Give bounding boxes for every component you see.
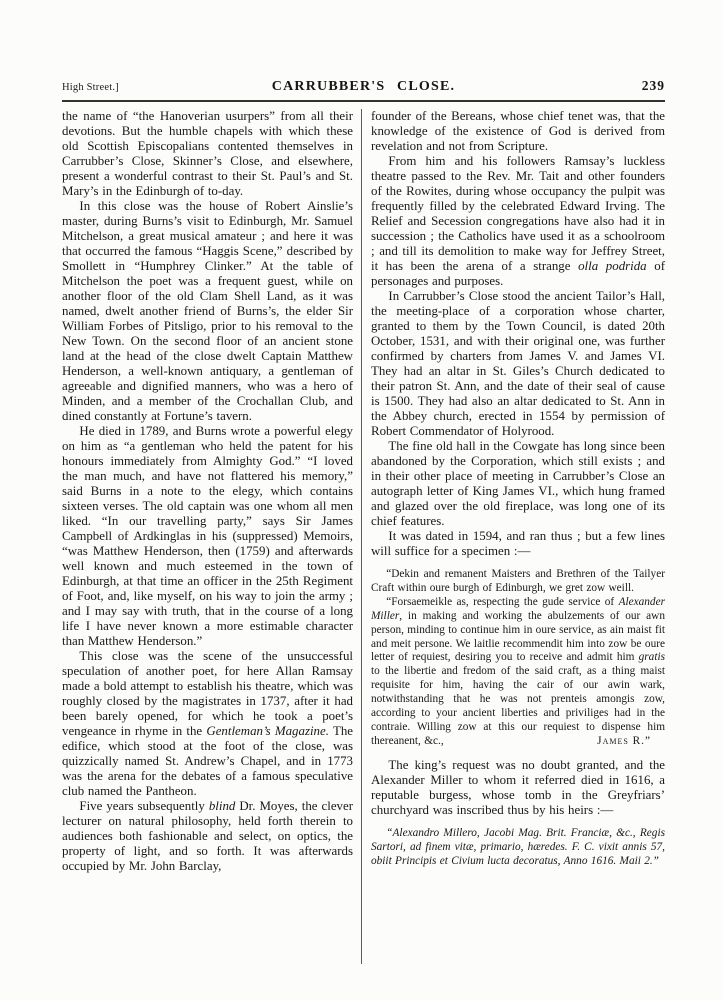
body-text: , in making and working the abulzements …	[371, 610, 665, 664]
page-number: 239	[455, 78, 665, 94]
paragraph: The king’s request was no doubt granted,…	[371, 758, 665, 818]
body-text: founder of the Bereans, whose chief tene…	[371, 109, 665, 153]
paragraph: The fine old hall in the Cowgate has lon…	[371, 439, 665, 529]
paragraph: This close was the scene of the unsucces…	[62, 649, 353, 799]
paragraph: “Dekin and remanent Maisters and Brethre…	[371, 568, 665, 596]
page-title: CARRUBBER'S CLOSE.	[272, 79, 455, 95]
body-text: the name of “the Hanoverian usurpers” fr…	[62, 109, 353, 198]
body-text: “Forsaemeikle as, respecting the gude se…	[386, 596, 618, 608]
paragraph: He died in 1789, and Burns wrote a power…	[62, 424, 353, 649]
running-head: High Street.]	[62, 82, 272, 93]
paragraph: It was dated in 1594, and ran thus ; but…	[371, 529, 665, 559]
body-text: It was dated in 1594, and ran thus ; but…	[371, 529, 665, 558]
page-header: High Street.] CARRUBBER'S CLOSE. 239	[62, 78, 665, 95]
paragraph: the name of “the Hanoverian usurpers” fr…	[62, 109, 353, 199]
body-text: The king’s request was no doubt granted,…	[371, 758, 665, 817]
paragraph: From him and his followers Ramsay’s luck…	[371, 154, 665, 289]
paragraph: founder of the Bereans, whose chief tene…	[371, 109, 665, 154]
body-text: In Carrubber’s Close stood the ancient T…	[371, 289, 665, 438]
left-column: the name of “the Hanoverian usurpers” fr…	[62, 109, 353, 964]
body-text: Five years subsequently	[79, 799, 208, 813]
body-text: The fine old hall in the Cowgate has lon…	[371, 439, 665, 528]
paragraph: “Alexandro Millero, Jacobi Mag. Brit. Fr…	[371, 827, 665, 869]
book-page: High Street.] CARRUBBER'S CLOSE. 239 the…	[0, 0, 722, 1000]
paragraph: “Forsaemeikle as, respecting the gude se…	[371, 596, 665, 749]
body-text: In this close was the house of Robert Ai…	[62, 199, 353, 423]
column-divider	[361, 109, 362, 964]
paragraph: In Carrubber’s Close stood the ancient T…	[371, 289, 665, 439]
body-text: “Alexandro Millero, Jacobi Mag. Brit. Fr…	[371, 827, 665, 867]
paragraph: In this close was the house of Robert Ai…	[62, 199, 353, 424]
body-text: “Dekin and remanent Maisters and Brethre…	[371, 568, 665, 594]
italic-text: olla podrida	[578, 259, 647, 273]
body-text: From him and his followers Ramsay’s luck…	[371, 154, 665, 273]
italic-text: gratis	[639, 651, 665, 663]
right-column: founder of the Bereans, whose chief tene…	[371, 109, 665, 964]
italic-text: Gentleman’s Magazine.	[206, 724, 329, 738]
text-columns: the name of “the Hanoverian usurpers” fr…	[62, 109, 665, 964]
paragraph: Five years subsequently blind Dr. Moyes,…	[62, 799, 353, 874]
header-rule	[62, 100, 665, 102]
body-text: He died in 1789, and Burns wrote a power…	[62, 424, 353, 648]
italic-text: blind	[209, 799, 236, 813]
